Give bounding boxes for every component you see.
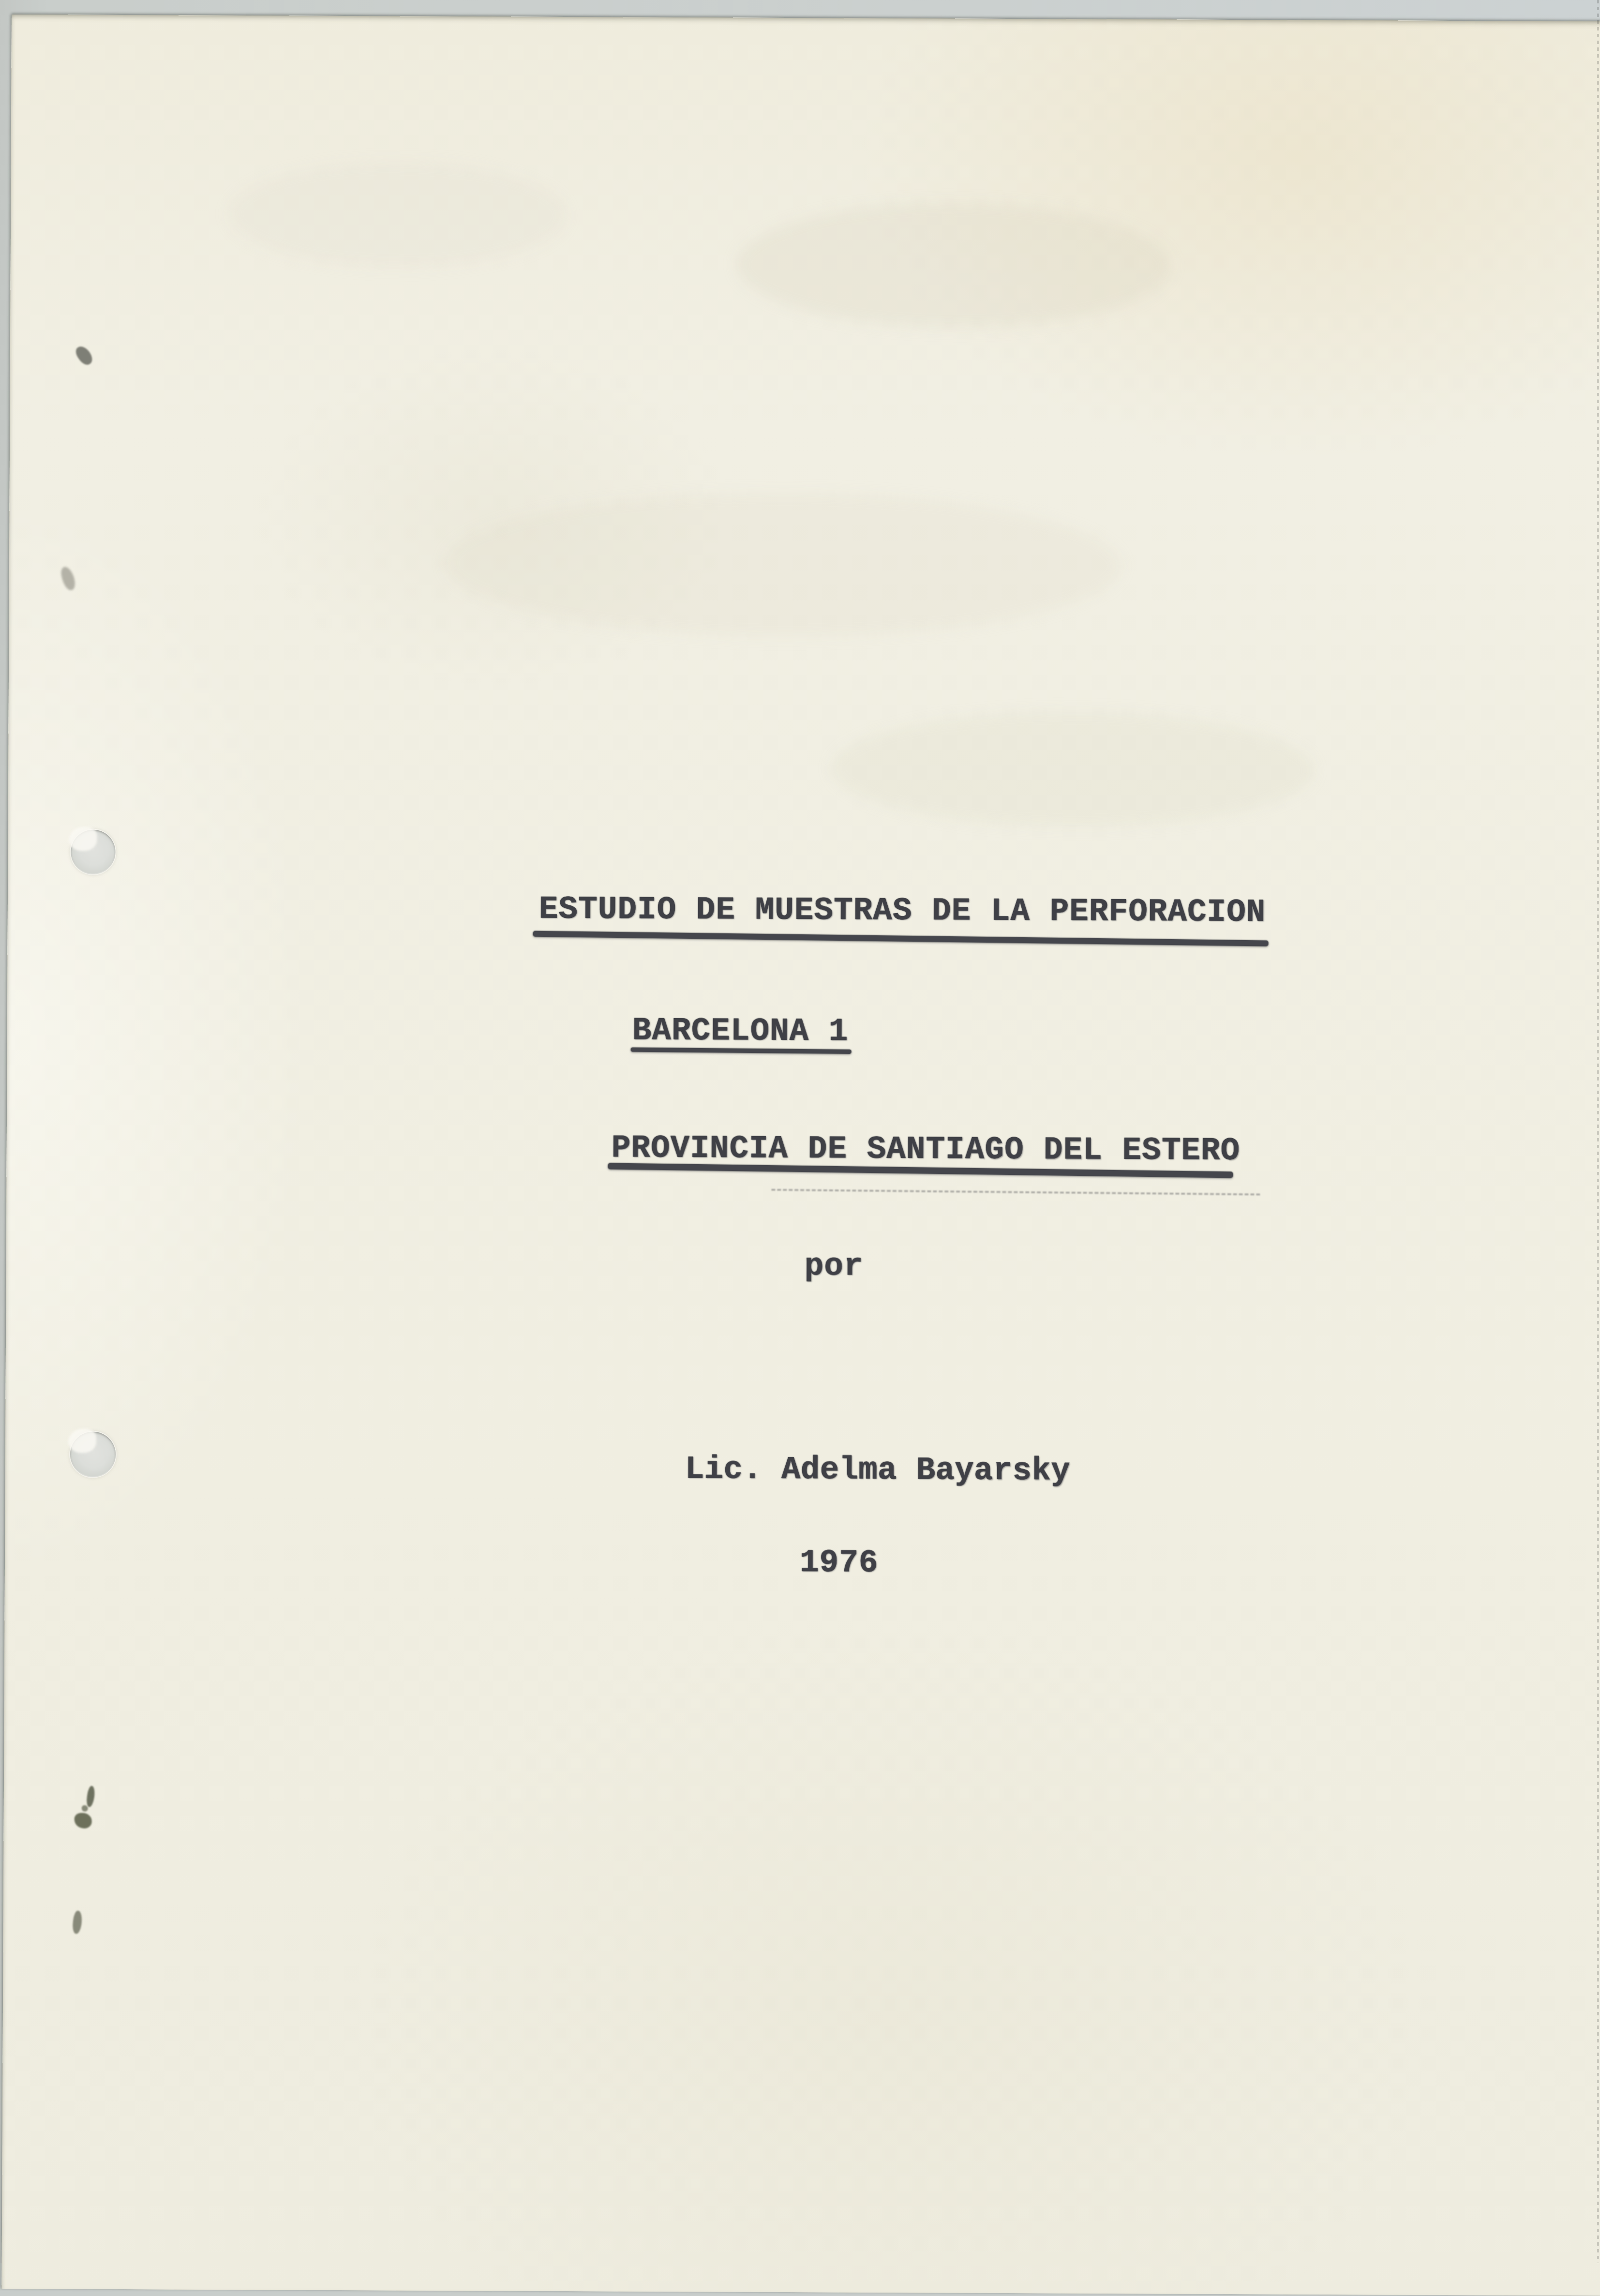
title-underline <box>533 931 1269 946</box>
year-line: 1976 <box>800 1547 879 1579</box>
ink-speckle <box>59 565 77 592</box>
location-line: PROVINCIA DE SANTIAGO DEL ESTERO <box>612 1132 1241 1167</box>
paper-mottle <box>444 491 1122 639</box>
ink-speckle <box>82 1805 88 1812</box>
punch-hole-top <box>71 830 115 874</box>
title-line: ESTUDIO DE MUESTRAS DE LA PERFORACION <box>539 894 1266 929</box>
paper-mottle <box>831 710 1315 828</box>
torn-paper-edge <box>69 827 97 851</box>
author-line: Lic. Adelma Bayarsky <box>685 1454 1070 1487</box>
bleed-through-dotted-line <box>771 1189 1260 1196</box>
punch-hole-bottom <box>70 1432 116 1477</box>
ink-speckle <box>72 1910 83 1935</box>
paper-mottle <box>228 161 568 269</box>
ink-speckle <box>73 344 95 367</box>
ink-speckle <box>75 1813 92 1829</box>
scanner-edge-artifact <box>1597 0 1599 2263</box>
torn-paper-edge <box>68 1429 96 1453</box>
document-page: ESTUDIO DE MUESTRAS DE LA PERFORACION BA… <box>1 15 1600 2263</box>
subtitle-line: BARCELONA 1 <box>632 1015 849 1048</box>
ink-speckle <box>86 1786 96 1808</box>
byline: por <box>805 1250 864 1283</box>
paper-mottle <box>736 202 1172 330</box>
